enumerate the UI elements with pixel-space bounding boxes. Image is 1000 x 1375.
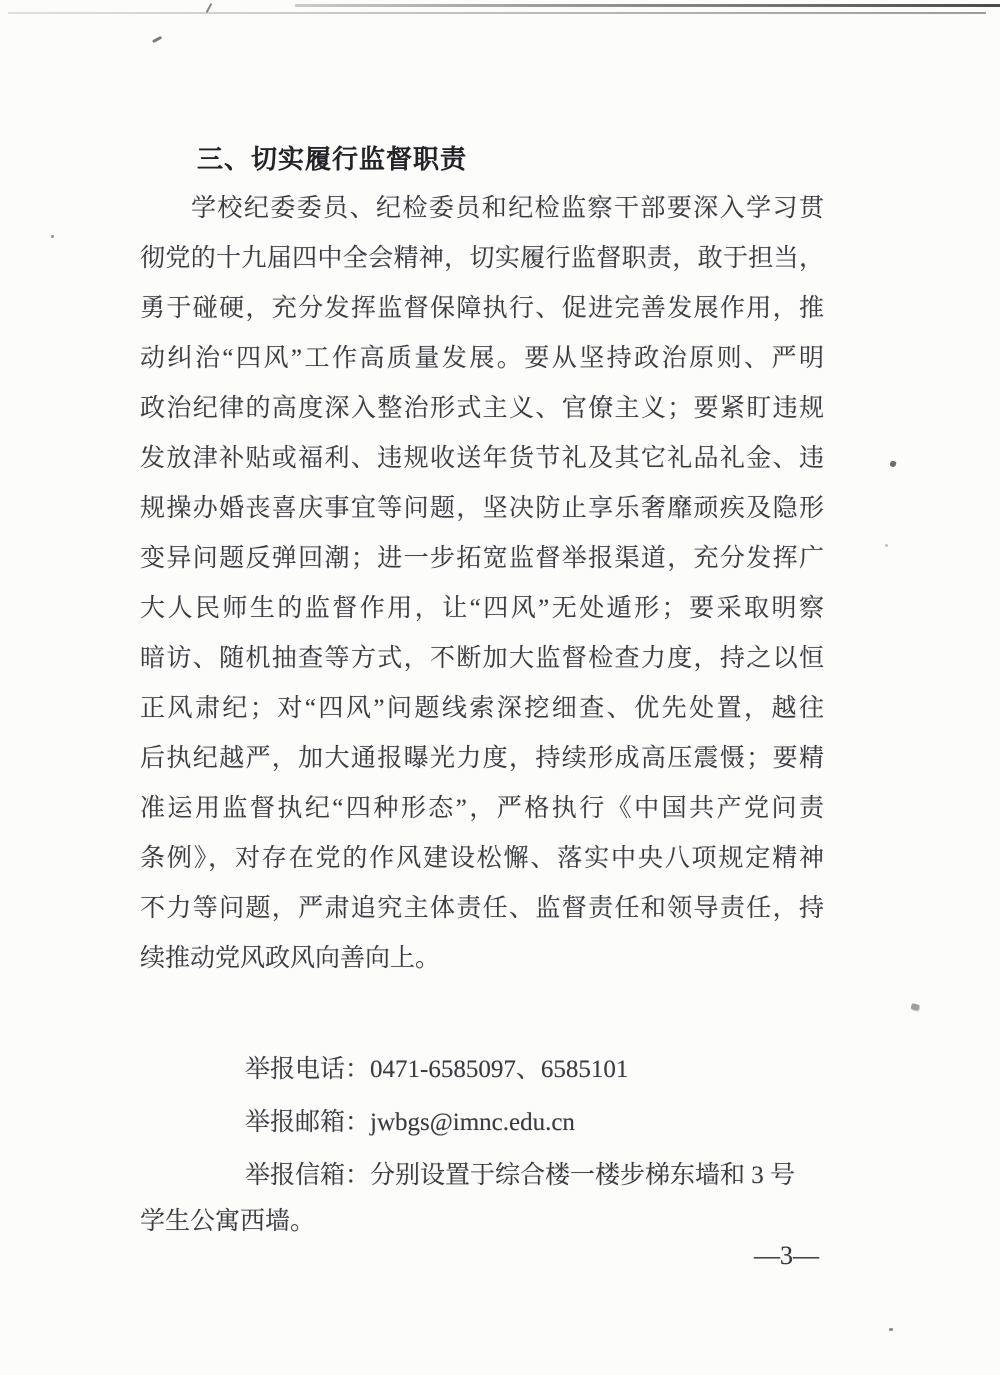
report-mailbox-line: 举报信箱：分别设置于综合楼一楼步梯东墙和 3 号 — [245, 1156, 795, 1196]
scan-speck — [152, 36, 162, 43]
body-line: 准运用监督执纪“四种形态”，严格执行《中国共产党问责 — [140, 784, 824, 834]
body-line: 学校纪委委员、纪检委员和纪检监察干部要深入学习贯 — [140, 184, 824, 234]
body-line: 规操办婚丧喜庆事宜等问题，坚决防止享乐奢靡顽疾及隐形 — [140, 484, 824, 534]
section-heading: 三、切实履行监督职责 — [140, 139, 824, 179]
report-email-line: 举报邮箱：jwbgs@imnc.edu.cn — [245, 1103, 575, 1143]
body-line: 动纠治“四风”工作高质量发展。要从坚持政治原则、严明 — [140, 334, 824, 384]
scan-speck — [885, 544, 888, 547]
scan-speck — [51, 235, 54, 238]
body-line: 后执纪越严，加大通报曝光力度，持续形成高压震慑；要精 — [140, 734, 824, 784]
body-line: 续推动党风政风向善向上。 — [140, 934, 824, 984]
body-line: 不力等问题，严肃追究主体责任、监督责任和领导责任，持 — [140, 884, 824, 934]
body-line: 政治纪律的高度深入整治形式主义、官僚主义；要紧盯违规 — [140, 384, 824, 434]
body-line: 发放津补贴或福利、违规收送年货节礼及其它礼品礼金、违 — [140, 434, 824, 484]
page-number: —3— — [754, 1241, 819, 1271]
body-line: 正风肃纪；对“四风”问题线索深挖细查、优先处置，越往 — [140, 684, 824, 734]
scan-speck — [910, 1003, 920, 1012]
body-line: 变异问题反弹回潮；进一步拓宽监督举报渠道，充分发挥广 — [140, 534, 824, 584]
paragraph: 学校纪委委员、纪检委员和纪检监察干部要深入学习贯 彻党的十九届四中全会精神，切实… — [140, 184, 824, 984]
scan-speck — [889, 460, 896, 467]
body-line: 彻党的十九届四中全会精神，切实履行监督职责，敢于担当， — [140, 234, 824, 284]
report-mailbox-continuation-line: 学生公寓西墙。 — [140, 1202, 315, 1242]
scan-edge-line-lower — [8, 12, 986, 14]
scan-speck — [889, 1328, 893, 1332]
body-line: 大人民师生的监督作用，让“四风”无处遁形；要采取明察 — [140, 584, 824, 634]
scanned-document-page: 三、切实履行监督职责 学校纪委委员、纪检委员和纪检监察干部要深入学习贯 彻党的十… — [0, 0, 1000, 1375]
body-line: 勇于碰硬，充分发挥监督保障执行、促进完善发展作用，推 — [140, 284, 824, 334]
scan-edge-line-upper — [295, 4, 1000, 7]
body-line: 暗访、随机抽查等方式，不断加大监督检查力度，持之以恒 — [140, 634, 824, 684]
report-phone-line: 举报电话：0471-6585097、6585101 — [245, 1050, 628, 1090]
body-line: 条例》，对存在党的作风建设松懈、落实中央八项规定精神 — [140, 834, 824, 884]
